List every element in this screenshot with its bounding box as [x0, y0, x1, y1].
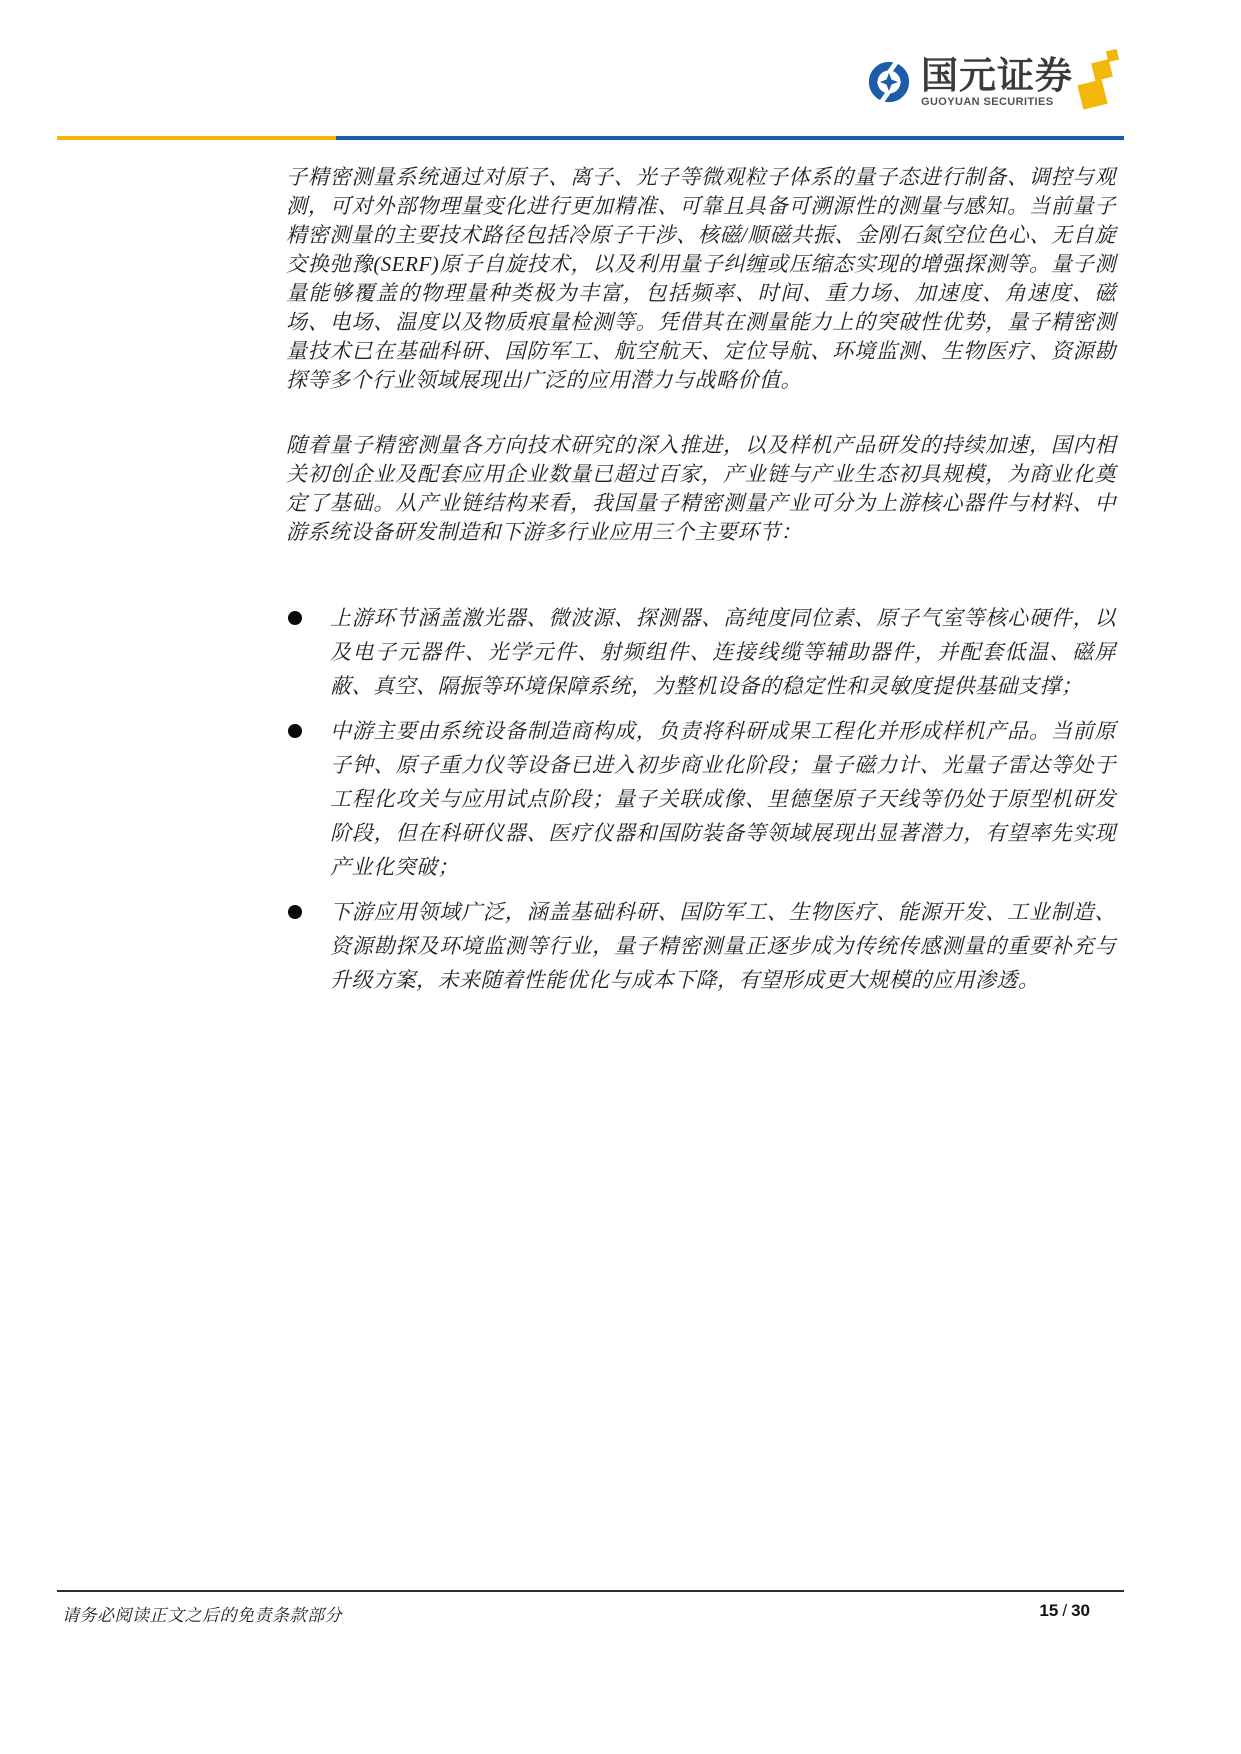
logo-name-en: GUOYUAN SECURITIES — [921, 96, 1054, 109]
header: 国元证券 GUOYUAN SECURITIES — [866, 52, 1120, 112]
page-current: 15 — [1039, 1601, 1058, 1620]
bullet-item: 下游应用领域广泛，涵盖基础科研、国防军工、生物医疗、能源开发、工业制造、资源勘探… — [286, 895, 1116, 997]
bullet-list: 上游环节涵盖激光器、微波源、探测器、高纯度同位素、原子气室等核心硬件，以及电子元… — [286, 601, 1116, 997]
page-number: 15/30 — [1039, 1601, 1090, 1621]
bullet-text: 中游主要由系统设备制造商构成，负责将科研成果工程化并形成样机产品。当前原子钟、原… — [330, 719, 1116, 879]
bullet-item: 上游环节涵盖激光器、微波源、探测器、高纯度同位素、原子气室等核心硬件，以及电子元… — [286, 601, 1116, 703]
report-page: 国元证券 GUOYUAN SECURITIES 子精密测量系统通过对原子、离子、… — [0, 0, 1241, 1754]
body-paragraph: 随着量子精密测量各方向技术研究的深入推进，以及样机产品研发的持续加速，国内相关初… — [286, 431, 1116, 547]
footer-divider — [57, 1590, 1124, 1592]
body-paragraph: 子精密测量系统通过对原子、离子、光子等微观粒子体系的量子态进行制备、调控与观测，… — [286, 163, 1116, 395]
bullet-item: 中游主要由系统设备制造商构成，负责将科研成果工程化并形成样机产品。当前原子钟、原… — [286, 714, 1116, 884]
guoyuan-logo-icon — [866, 59, 912, 105]
bullet-dot-icon — [288, 611, 302, 625]
bullet-dot-icon — [288, 724, 302, 738]
bullet-dot-icon — [288, 905, 302, 919]
logo-squares-icon — [1078, 48, 1120, 112]
bullet-text: 上游环节涵盖激光器、微波源、探测器、高纯度同位素、原子气室等核心硬件，以及电子元… — [330, 606, 1116, 698]
logo-name-cn: 国元证券 — [921, 56, 1073, 96]
page-separator: / — [1058, 1601, 1071, 1620]
header-divider — [57, 136, 1124, 140]
footer-disclaimer: 请务必阅读正文之后的免责条款部分 — [62, 1601, 342, 1626]
document-body: 子精密测量系统通过对原子、离子、光子等微观粒子体系的量子态进行制备、调控与观测，… — [286, 163, 1116, 997]
logo-text: 国元证券 GUOYUAN SECURITIES — [921, 56, 1073, 109]
page-total: 30 — [1071, 1601, 1090, 1620]
bullet-text: 下游应用领域广泛，涵盖基础科研、国防军工、生物医疗、能源开发、工业制造、资源勘探… — [330, 900, 1116, 992]
